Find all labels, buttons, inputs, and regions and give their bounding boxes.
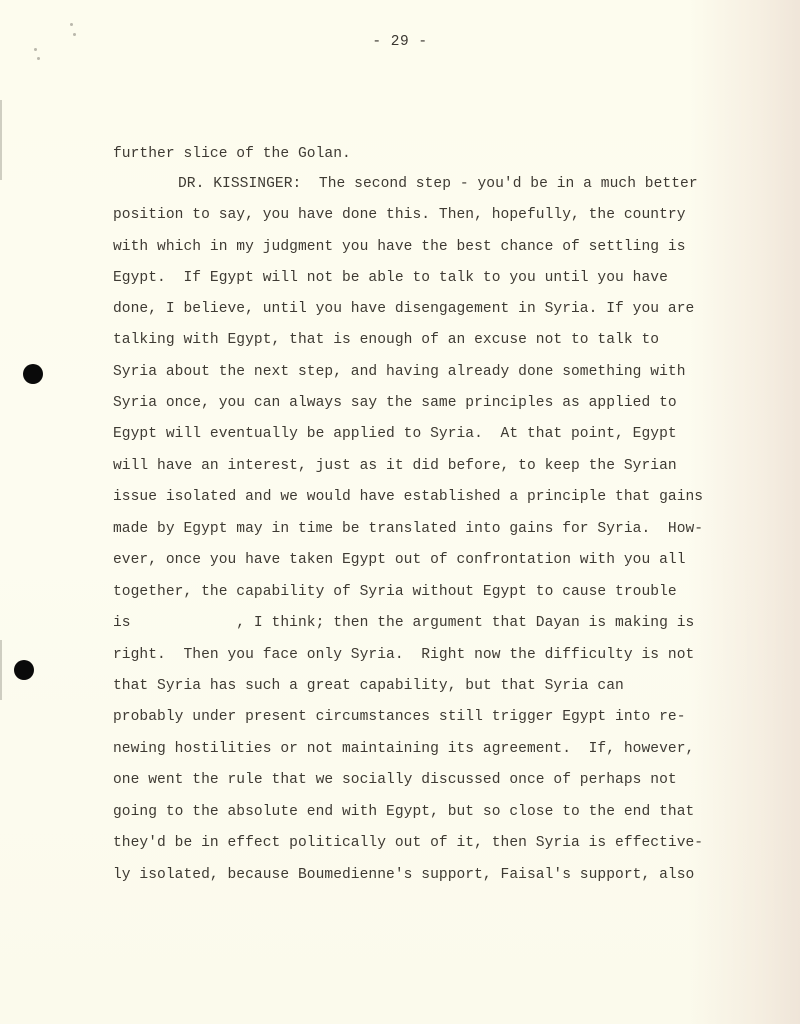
text-line: position to say, you have done this. The… — [113, 206, 686, 224]
text-line: done, I believe, until you have disengag… — [113, 300, 694, 318]
text-line: that Syria has such a great capability, … — [113, 677, 624, 695]
punch-hole — [23, 364, 43, 384]
text-line: ever, once you have taken Egypt out of c… — [113, 551, 686, 569]
text-line: is , I think; then the argument that Day… — [113, 614, 694, 632]
text-line: further slice of the Golan. — [113, 145, 351, 163]
paper-speck — [37, 57, 40, 60]
page-edge-mark — [0, 640, 2, 700]
text-line: Egypt. If Egypt will not be able to talk… — [113, 269, 668, 287]
text-line: probably under present circumstances sti… — [113, 708, 686, 726]
page-edge-mark — [0, 100, 2, 180]
text-line: issue isolated and we would have establi… — [113, 488, 703, 506]
text-line: one went the rule that we socially discu… — [113, 771, 677, 789]
text-line: made by Egypt may in time be translated … — [113, 520, 703, 538]
text-line: with which in my judgment you have the b… — [113, 238, 686, 256]
text-line: Syria once, you can always say the same … — [113, 394, 677, 412]
paper-speck — [70, 23, 73, 26]
text-line: ly isolated, because Boumedienne's suppo… — [113, 866, 694, 884]
text-line: together, the capability of Syria withou… — [113, 583, 677, 601]
text-line: will have an interest, just as it did be… — [113, 457, 677, 475]
text-line: right. Then you face only Syria. Right n… — [113, 646, 694, 664]
text-line: they'd be in effect politically out of i… — [113, 834, 703, 852]
document-page: - 29 - further slice of the Golan. DR. K… — [0, 0, 800, 1024]
text-line: DR. KISSINGER: The second step - you'd b… — [178, 175, 698, 193]
punch-hole — [14, 660, 34, 680]
text-line: Egypt will eventually be applied to Syri… — [113, 425, 677, 443]
page-number: - 29 - — [0, 34, 800, 50]
text-line: talking with Egypt, that is enough of an… — [113, 331, 659, 349]
text-line: newing hostilities or not maintaining it… — [113, 740, 694, 758]
text-line: going to the absolute end with Egypt, bu… — [113, 803, 694, 821]
text-line: Syria about the next step, and having al… — [113, 363, 686, 381]
